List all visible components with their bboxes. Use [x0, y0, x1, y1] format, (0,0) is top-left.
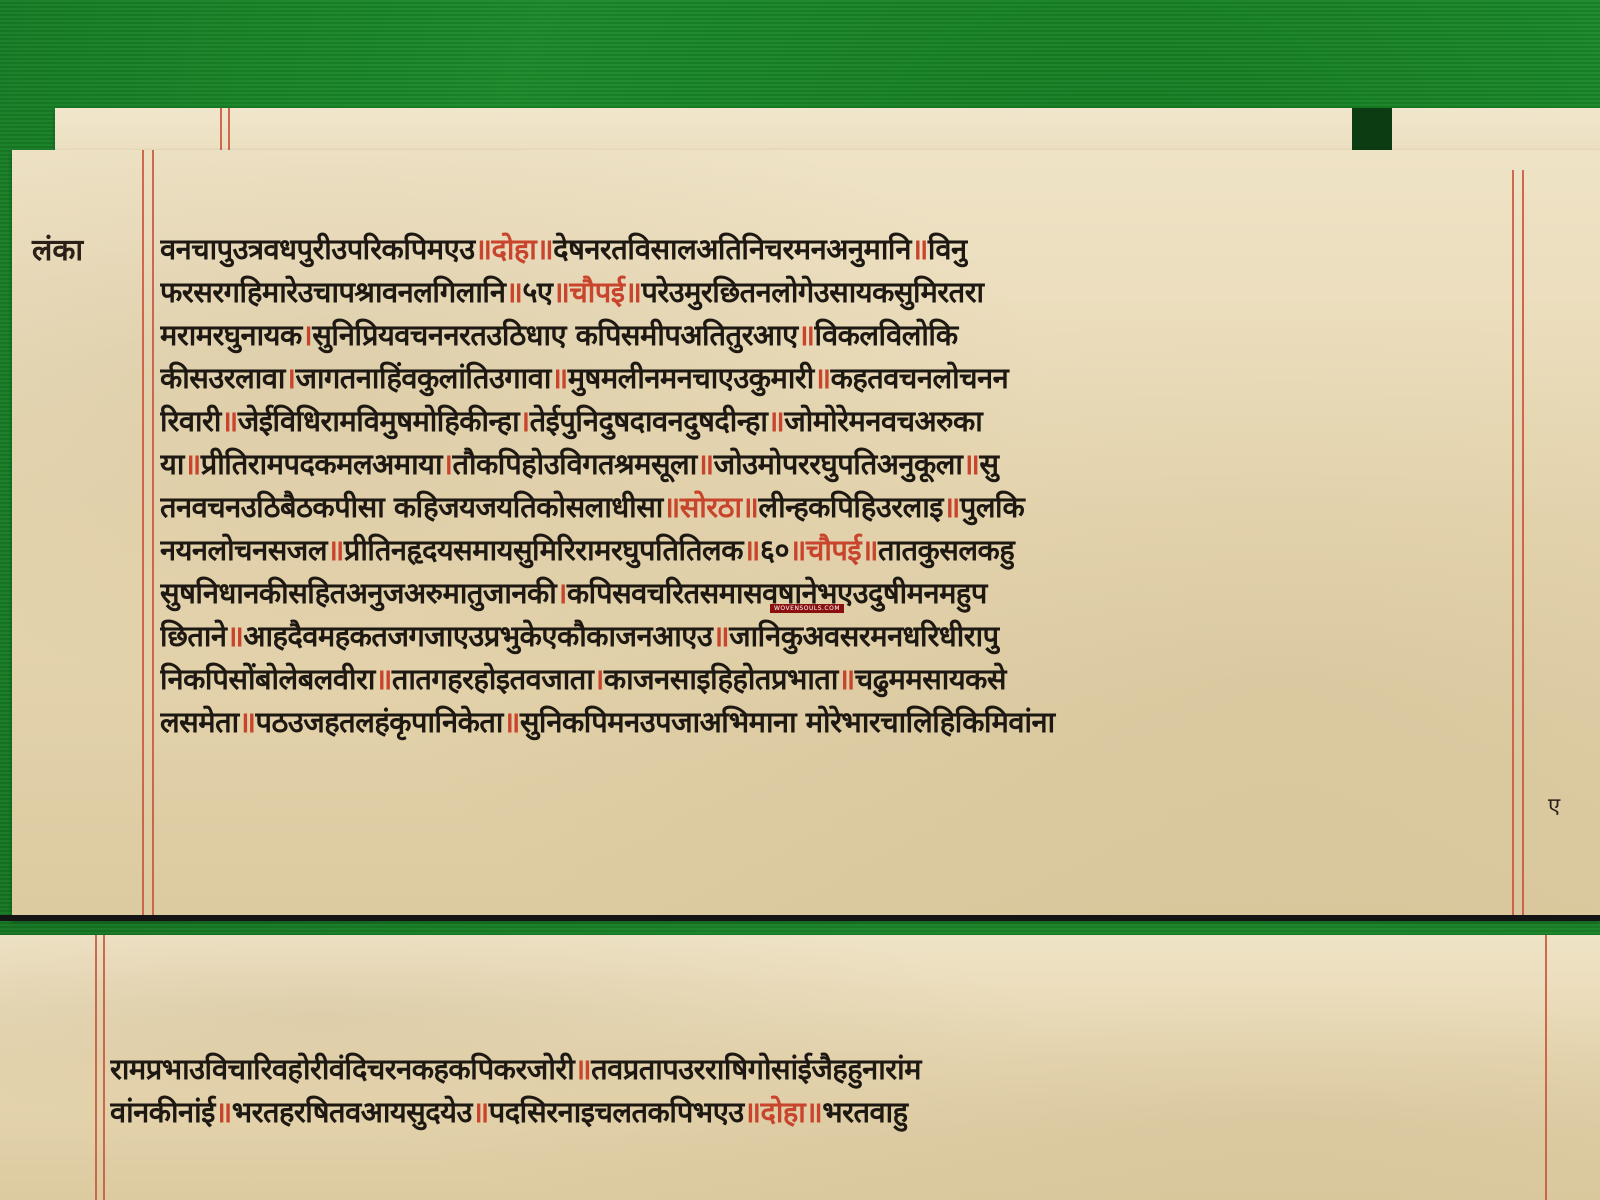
manuscript-line: निकपिसोंबोलेबलवीरा॥तातगहरहोइतवजाता।काजनस…: [160, 658, 1520, 701]
manuscript-line: वनचापुउत्रवधपुरीउपरिकपिमएउ॥दोहा॥देषनरतवि…: [160, 228, 1520, 271]
folio-label: लंका: [32, 228, 83, 269]
verse-text: भरतवाहु: [822, 1095, 907, 1129]
verse-text: तौकपिहोउविगतश्रमसूला: [452, 447, 696, 481]
section-heading: चौपई: [569, 275, 624, 309]
danda-mark: ॥: [943, 490, 960, 524]
manuscript-line: वांनकीनांई॥भरतहरषितवआयसुदयेउ॥पदसिरनाइचलत…: [110, 1091, 1580, 1134]
manuscript-line: छिताने॥आहदैवमहकतजगजाएउप्रभुकेएकौकाजनआएउ॥…: [160, 615, 1520, 658]
verse-text: फरसरगहिमारेउचापश्रावनलगिलानि: [160, 275, 505, 309]
verse-text: तेईपुनिदुषदावनदुषदीन्हा: [530, 404, 768, 438]
verse-text: रामप्रभाउविचारिवहोरीवंदिचरनकहकपिकरजोरी: [110, 1052, 574, 1086]
danda-mark: ॥: [712, 619, 729, 653]
verse-text: भरतहरषितवआयसुदयेउ: [232, 1095, 472, 1129]
danda-mark: ॥: [475, 232, 492, 266]
danda-mark: ॥: [789, 533, 806, 567]
verse-text: परेउमुरछितनलोगेउसायकसुमिरतरा: [641, 275, 983, 309]
section-heading: दोहा: [491, 232, 536, 266]
left-margin-rule: [95, 935, 97, 1200]
danda-mark: ॥: [911, 232, 928, 266]
verse-text: वनचापुउत्रवधपुरीउपरिकपिमएउ: [160, 232, 475, 266]
danda-mark: ॥: [574, 1052, 591, 1086]
verse-text: कहतवचनलोचनन: [831, 361, 1009, 395]
danda-mark: ॥: [767, 404, 784, 438]
danda-mark: ।: [442, 447, 453, 481]
section-heading: दोहा: [761, 1095, 806, 1129]
manuscript-line: कीसउरलावा।जागतनाहिंवकुलांतिउगावा॥मुषमलीन…: [160, 357, 1520, 400]
danda-mark: ॥: [743, 533, 760, 567]
manuscript-line: तनवचनउठिबैठकपीसा कहिजयजयतिकोसलाधीसा॥सोरठ…: [160, 486, 1520, 529]
verse-text: वांनकीनांई: [110, 1095, 215, 1129]
manuscript-line: नयनलोचनसजल॥प्रीतिनहृदयसमायसुमिरिरामरघुपत…: [160, 529, 1520, 572]
verse-text: तनवचनउठिबैठकपीसा कहिजयजयतिकोसलाधीसा: [160, 490, 663, 524]
verse-text: विकलविलोकि: [814, 318, 957, 352]
left-margin-rule: [142, 150, 144, 920]
verse-text: पदसिरनाइचलतकपिभएउ: [489, 1095, 744, 1129]
danda-mark: ॥: [742, 490, 759, 524]
right-margin-rule: [1522, 170, 1524, 920]
left-margin-rule: [103, 935, 105, 1200]
danda-mark: ॥: [505, 275, 522, 309]
leaf-gap: [0, 915, 1600, 921]
manuscript-text-main: वनचापुउत्रवधपुरीउपरिकपिमएउ॥दोहा॥देषनरतवि…: [160, 228, 1520, 744]
verse-text: ५ए: [522, 275, 552, 309]
verse-text: देषनरतविसालअतिनिचरमनअनुमानि: [553, 232, 911, 266]
verse-text: प्रीतिरामपदकमलअमाया: [201, 447, 442, 481]
danda-mark: ॥: [744, 1095, 761, 1129]
verse-text: या: [160, 447, 184, 481]
verse-text: जागतनाहिंवकुलांतिउगावा: [295, 361, 550, 395]
danda-mark: ॥: [239, 705, 256, 739]
danda-mark: ॥: [552, 275, 569, 309]
watermark: WOVENSOULS.COM: [770, 604, 844, 613]
verse-text: सुनिप्रियवचननरतउठिधाए कपिसमीपअतितुरआए: [312, 318, 797, 352]
verse-text: आहदैवमहकतजगजाएउप्रभुकेएकौकाजनआएउ: [243, 619, 712, 653]
verse-text: विनु: [928, 232, 967, 266]
danda-mark: ॥: [798, 318, 815, 352]
verse-text: कीसउरलावा: [160, 361, 285, 395]
manuscript-line: फरसरगहिमारेउचापश्रावनलगिलानि॥५ए॥चौपई॥परे…: [160, 271, 1520, 314]
danda-mark: ।: [285, 361, 296, 395]
verse-text: तवप्रतापउरराषिगोसांईजैहहुनारांम: [591, 1052, 921, 1086]
verse-text: चढुममसायकसे: [855, 662, 1006, 696]
verse-text: नयनलोचनसजल: [160, 533, 327, 567]
danda-mark: ॥: [503, 705, 520, 739]
verse-text: सुनिकपिमनउपजाअभिमाना मोरेभारचालिहिकिमिवा…: [520, 705, 1055, 739]
danda-mark: ।: [556, 576, 567, 610]
danda-mark: ।: [593, 662, 604, 696]
verse-text: काजनसाइहिहोतप्रभाता: [604, 662, 838, 696]
verse-text: तातकुसलकहु: [878, 533, 1014, 567]
danda-mark: ।: [302, 318, 313, 352]
danda-mark: ॥: [551, 361, 568, 395]
verse-text: जानिकुअवसरमनधरिधीरापु: [729, 619, 999, 653]
danda-mark: ॥: [226, 619, 243, 653]
verse-text: जोउमोपररघुपतिअनुकूला: [714, 447, 963, 481]
danda-mark: ॥: [663, 490, 680, 524]
section-heading: सोरठा: [680, 490, 742, 524]
danda-mark: ॥: [814, 361, 831, 395]
manuscript-line: रिवारी॥जेईविधिरामविमुषमोहिकीन्हा।तेईपुनि…: [160, 400, 1520, 443]
verse-text: पठउजहतलहंकृपानिकेता: [256, 705, 503, 739]
verse-text: निकपिसोंबोलेबलवीरा: [160, 662, 375, 696]
danda-mark: ॥: [838, 662, 855, 696]
verse-text: लसमेता: [160, 705, 239, 739]
verse-text: रिवारी: [160, 404, 221, 438]
danda-mark: ॥: [697, 447, 714, 481]
danda-mark: ॥: [805, 1095, 822, 1129]
danda-mark: ॥: [962, 447, 979, 481]
danda-mark: ॥: [861, 533, 878, 567]
torn-edge: [1352, 108, 1392, 150]
verse-text: सु: [979, 447, 998, 481]
left-margin-rule: [152, 150, 154, 920]
danda-mark: ॥: [327, 533, 344, 567]
manuscript-line: मरामरघुनायक।सुनिप्रियवचननरतउठिधाए कपिसमी…: [160, 314, 1520, 357]
margin-mark: ए: [1548, 790, 1560, 820]
manuscript-line: लसमेता॥पठउजहतलहंकृपानिकेता॥सुनिकपिमनउपजा…: [160, 701, 1520, 744]
verse-text: प्रीतिनहृदयसमायसुमिरिरामरघुपतितिलक: [344, 533, 743, 567]
manuscript-line: रामप्रभाउविचारिवहोरीवंदिचरनकहकपिकरजोरी॥त…: [110, 1048, 1580, 1091]
danda-mark: ॥: [624, 275, 641, 309]
verse-text: जोमोरेमनवचअरुका: [784, 404, 982, 438]
danda-mark: ॥: [215, 1095, 232, 1129]
verse-text: तातगहरहोइतवजाता: [392, 662, 594, 696]
verse-text: पुलकि: [960, 490, 1024, 524]
danda-mark: ॥: [472, 1095, 489, 1129]
section-heading: चौपई: [806, 533, 861, 567]
verse-text: सुषनिधानकीसहितअनुजअरुमातुजानकी: [160, 576, 556, 610]
verse-text: मरामरघुनायक: [160, 318, 302, 352]
verse-text: मुषमलीनमनचाएउकुमारी: [568, 361, 814, 395]
danda-mark: ॥: [536, 232, 553, 266]
verse-text: लीन्हकपिहिउरलाइ: [758, 490, 943, 524]
danda-mark: ॥: [184, 447, 201, 481]
manuscript-line: या॥प्रीतिरामपदकमलअमाया।तौकपिहोउविगतश्रमस…: [160, 443, 1520, 486]
verse-text: छिताने: [160, 619, 226, 653]
manuscript-text-lower: रामप्रभाउविचारिवहोरीवंदिचरनकहकपिकरजोरी॥त…: [110, 1048, 1580, 1134]
verse-text: जेईविधिरामविमुषमोहिकीन्हा: [238, 404, 519, 438]
danda-mark: ॥: [221, 404, 238, 438]
danda-mark: ॥: [375, 662, 392, 696]
danda-mark: ।: [519, 404, 530, 438]
verse-text: ६०: [760, 533, 789, 567]
